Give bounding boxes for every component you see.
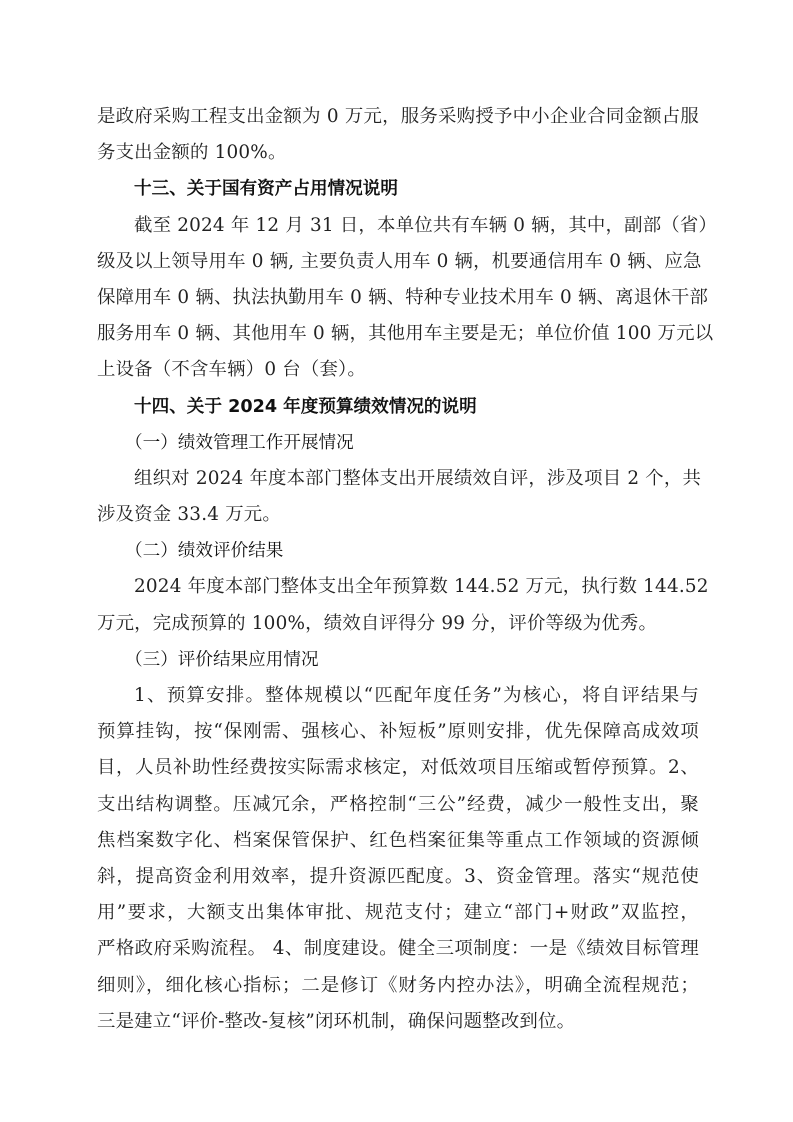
section-heading-13: 十三、关于国有资产占用情况说明 — [97, 171, 699, 207]
subsection-heading-3: （三）评价结果应用情况 — [97, 642, 699, 678]
paragraph-line: 目，人员补助性经费按实际需求核定，对低效项目压缩或暂停预算。2、 — [97, 750, 699, 786]
paragraph-line: 细则》，细化核心指标；二是修订《财务内控办法》，明确全流程规范； — [97, 968, 699, 1004]
paragraph-line: 2024 年度本部门整体支出全年预算数 144.52 万元，执行数 144.52 — [97, 569, 699, 605]
paragraph-line: 预算挂钩，按“保刚需、强核心、补短板”原则安排，优先保障高成效项 — [97, 714, 699, 750]
paragraph-line: 万元，完成预算的 100%，绩效自评得分 99 分，评价等级为优秀。 — [97, 606, 699, 642]
document-page: 是政府采购工程支出金额为 0 万元，服务采购授予中小企业合同金额占服 务支出金额… — [97, 99, 699, 1040]
paragraph-line: 服务用车 0 辆、其他用车 0 辆，其他用车主要是无；单位价值 100 万元以 — [97, 316, 699, 352]
paragraph-line: 支出结构调整。压减冗余，严格控制“三公”经费，减少一般性支出，聚 — [97, 787, 699, 823]
paragraph-line: 上设备（不含车辆）0 台（套）。 — [97, 352, 699, 388]
paragraph-line: 1、预算安排。整体规模以“匹配年度任务”为核心，将自评结果与 — [97, 678, 699, 714]
paragraph-line: 斜，提高资金利用效率，提升资源匹配度。3、资金管理。落实“规范使 — [97, 859, 699, 895]
paragraph-line: 三是建立“评价-整改-复核”闭环机制，确保问题整改到位。 — [97, 1004, 699, 1040]
paragraph-line: 是政府采购工程支出金额为 0 万元，服务采购授予中小企业合同金额占服 — [97, 99, 699, 135]
section-heading-14: 十四、关于 2024 年度预算绩效情况的说明 — [97, 389, 699, 425]
paragraph-line: 保障用车 0 辆、执法执勤用车 0 辆、特种专业技术用车 0 辆、离退休干部 — [97, 280, 699, 316]
subsection-heading-1: （一）绩效管理工作开展情况 — [97, 425, 699, 461]
paragraph-line: 严格政府采购流程。 4、制度建设。健全三项制度：一是《绩效目标管理 — [97, 931, 699, 967]
paragraph-line: 务支出金额的 100%。 — [97, 135, 699, 171]
paragraph-line: 用”要求，大额支出集体审批、规范支付；建立“部门+财政”双监控， — [97, 895, 699, 931]
paragraph-line: 级及以上领导用车 0 辆, 主要负责人用车 0 辆，机要通信用车 0 辆、应急 — [97, 244, 699, 280]
paragraph-line: 组织对 2024 年度本部门整体支出开展绩效自评，涉及项目 2 个，共 — [97, 461, 699, 497]
paragraph-line: 涉及资金 33.4 万元。 — [97, 497, 699, 533]
paragraph-line: 焦档案数字化、档案保管保护、红色档案征集等重点工作领域的资源倾 — [97, 823, 699, 859]
paragraph-line: 截至 2024 年 12 月 31 日，本单位共有车辆 0 辆，其中，副部（省） — [97, 208, 699, 244]
subsection-heading-2: （二）绩效评价结果 — [97, 533, 699, 569]
